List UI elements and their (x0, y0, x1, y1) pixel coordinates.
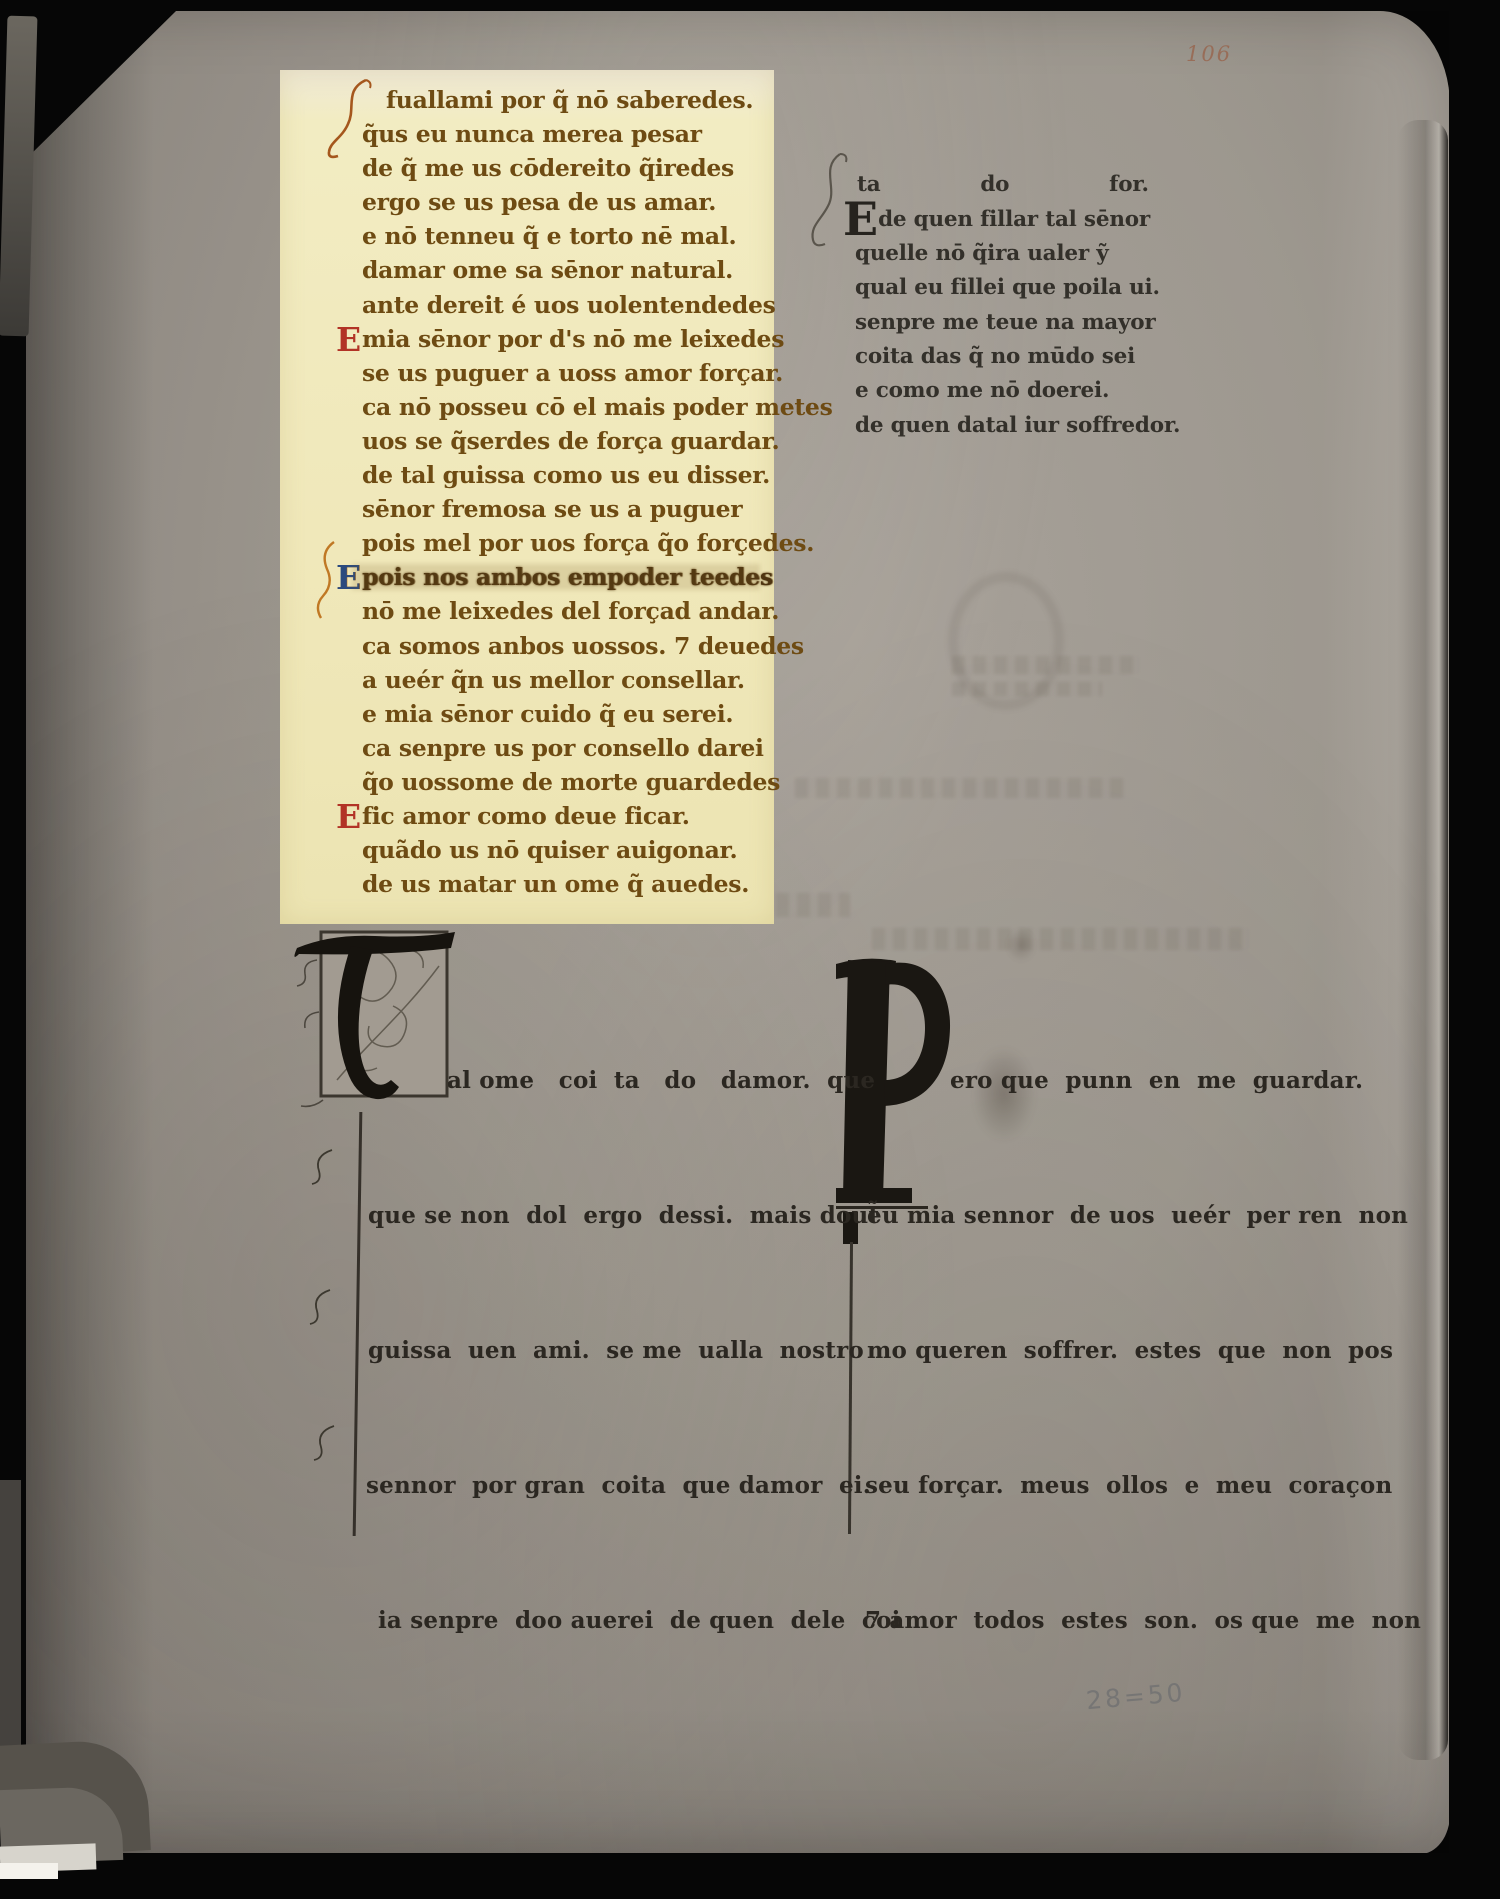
verse-line: mo queren soffrer. estes que non pos (867, 1337, 1393, 1364)
right-column-verse: ta do for.Ede quen fillar tal sēnorquell… (843, 168, 1183, 443)
verse-text: de tal guissa como us eu disser. (362, 461, 770, 489)
verse-text: de us matar un ome q̃ auedes. (362, 870, 749, 898)
highlighted-excerpt: fuallami por q̃ nō saberedes.q̃us eu nun… (280, 70, 774, 924)
verse-line: seu forçar. meus ollos e meu coraçon (865, 1472, 1392, 1499)
folio-number: 106 (1186, 42, 1232, 66)
pen-flourish-icon (308, 1288, 332, 1326)
verse-text: damar ome sa sēnor natural. (362, 256, 733, 284)
book-fore-edge (0, 1480, 21, 1770)
verse-text: e mia sēnor cuido q̃ eu serei. (362, 700, 733, 728)
verse-line: que se non dol ergo dessi. mais dout̃ (368, 1202, 879, 1229)
verse-line: q̃us eu nunca merea pesar (280, 117, 774, 151)
verse-line: Efic amor como deue ficar. (280, 799, 774, 833)
verse-line: fuallami por q̃ nō saberedes. (280, 83, 774, 117)
verse-line: e como me nō doerei. (843, 374, 1183, 408)
verse-line: ia senpre doo auerei de quen dele coi (378, 1607, 901, 1634)
illuminated-initial: E (336, 563, 362, 593)
verse-line: ero que punn en me guardar. (950, 1067, 1363, 1094)
verse-text: quãdo us nō quiser auigonar. (362, 836, 737, 864)
verse-line: Epois nos ambos empoder teedes (280, 560, 774, 594)
verse-line: ca senpre us por consello darei (280, 731, 774, 765)
verse-line: ante dereit é uos uolentendedes (280, 288, 774, 322)
verse-text: ta do for. (857, 172, 1149, 197)
verse-text: q̃o uossome de morte guardedes (362, 768, 780, 796)
verse-text: senpre me teue na mayor (855, 310, 1156, 335)
verse-text: fuallami por q̃ nō saberedes. (386, 86, 753, 114)
illuminated-initial-T (293, 920, 461, 1118)
verse-text: ca senpre us por consello darei (362, 734, 764, 762)
verse-line: guissa uen ami. se me ualla nostro (368, 1337, 864, 1364)
verse-line: de tal guissa como us eu disser. (280, 458, 774, 492)
showthrough-text (795, 778, 1125, 798)
verse-text: e como me nō doerei. (855, 378, 1109, 403)
verse-line: senpre me teue na mayor (843, 306, 1183, 340)
ink-stain (1006, 928, 1036, 962)
illuminated-initial: E (843, 202, 876, 236)
verse-line: sennor por gran coita que damor ei. (366, 1472, 871, 1499)
showthrough-text (872, 928, 1250, 950)
manuscript-scan: 106 28=50 fuallami por q̃ nō saberedes.q… (0, 0, 1500, 1899)
verse-text: fic amor como deue ficar. (362, 802, 690, 830)
scan-border (1449, 0, 1500, 1899)
ink-stain (972, 1046, 1036, 1142)
scan-border (0, 1853, 1500, 1899)
verse-line: damar ome sa sēnor natural. (280, 253, 774, 287)
verse-text: uos se q̃serdes de força guardar. (362, 427, 779, 455)
verse-line: de quen datal iur soffredor. (843, 409, 1183, 443)
verse-line: al ome coi ta do damor. que (447, 1067, 875, 1094)
verse-line: quãdo us nō quiser auigonar. (280, 833, 774, 867)
verse-text: de quen datal iur soffredor. (855, 413, 1180, 438)
book-fore-edge (0, 1863, 58, 1879)
showthrough-initial (948, 572, 1064, 710)
pen-flourish-icon (310, 1148, 334, 1186)
verse-text: sēnor fremosa se us a puguer (362, 495, 742, 523)
verse-line: e nō tenneu q̃ e torto nē mal. (280, 219, 774, 253)
verse-text: coita das q̃ no mūdo sei (855, 344, 1135, 369)
verse-line: Ede quen fillar tal sēnor (843, 202, 1183, 236)
verse-line: Emia sēnor por d's nō me leixedes (280, 322, 774, 356)
scan-border (0, 0, 1500, 11)
verse-text: mia sēnor por d's nō me leixedes (362, 325, 784, 353)
illuminated-initial: E (336, 802, 362, 832)
verse-line: nō me leixedes del forçad andar. (280, 594, 774, 628)
verse-text: ca nō posseu cō el mais poder metes (362, 393, 833, 421)
verse-line: e mia sēnor cuido q̃ eu serei. (280, 697, 774, 731)
verse-line: a ueér q̃n us mellor consellar. (280, 663, 774, 697)
verse-line: se us puguer a uoss amor forçar. (280, 356, 774, 390)
verse-line: coita das q̃ no mūdo sei (843, 340, 1183, 374)
verse-text: e nō tenneu q̃ e torto nē mal. (362, 222, 736, 250)
verse-line: ergo se us pesa de us amar. (280, 185, 774, 219)
verse-text: de quen fillar tal sēnor (878, 207, 1150, 232)
verse-line: ca nō posseu cō el mais poder metes (280, 390, 774, 424)
verse-text: nō me leixedes del forçad andar. (362, 597, 779, 625)
verse-line: eu mia sennor de uos ueér per ren non (867, 1202, 1408, 1229)
verse-line: qual eu fillei que poila ui. (843, 271, 1183, 305)
verse-text: de q̃ me us cōdereito q̃iredes (362, 154, 734, 182)
verse-line: sēnor fremosa se us a puguer (280, 492, 774, 526)
highlighted-verse-lines: fuallami por q̃ nō saberedes.q̃us eu nun… (280, 83, 774, 901)
verse-text: se us puguer a uoss amor forçar. (362, 359, 783, 387)
verse-text: ca somos anbos uossos. 7 deuedes (362, 632, 804, 660)
verse-text: ergo se us pesa de us amar. (362, 188, 716, 216)
verse-line: 7 amor todos estes son. os que me non (865, 1607, 1421, 1634)
verse-line: q̃o uossome de morte guardedes (280, 765, 774, 799)
verse-text: qual eu fillei que poila ui. (855, 275, 1160, 300)
verse-text: ante dereit é uos uolentendedes (362, 291, 776, 319)
page-right-edge (1398, 120, 1448, 1760)
verse-text: pois nos ambos empoder teedes (362, 563, 773, 591)
verse-text: a ueér q̃n us mellor consellar. (362, 666, 745, 694)
verse-line: uos se q̃serdes de força guardar. (280, 424, 774, 458)
verse-text: pois mel por uos força q̃o forçedes. (362, 529, 814, 557)
verse-line: de q̃ me us cōdereito q̃iredes (280, 151, 774, 185)
illuminated-initial: E (336, 325, 362, 355)
verse-text: q̃us eu nunca merea pesar (362, 120, 702, 148)
verse-line: pois mel por uos força q̃o forçedes. (280, 526, 774, 560)
verse-line: ca somos anbos uossos. 7 deuedes (280, 629, 774, 663)
verse-text: quelle nō q̃ira ualer ỹ (855, 241, 1109, 266)
pen-flourish-icon (312, 1424, 336, 1462)
verse-line: ta do for. (843, 168, 1183, 202)
verse-line: de us matar un ome q̃ auedes. (280, 867, 774, 901)
verse-line: quelle nō q̃ira ualer ỹ (843, 237, 1183, 271)
